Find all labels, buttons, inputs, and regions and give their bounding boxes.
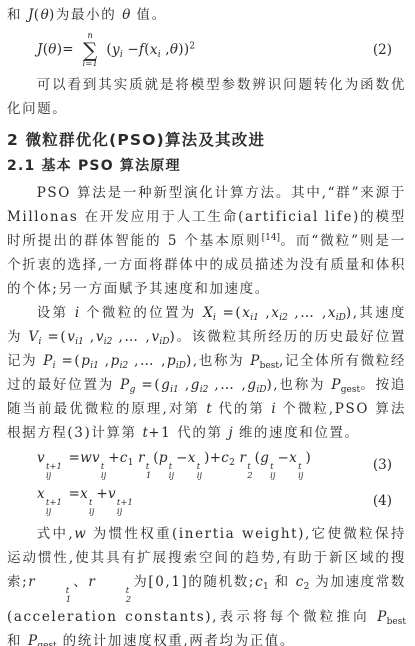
paragraph-particle-definition: 设第 i 个微粒的位置为 Xi =(xi1 ,xi2 ,… ,xiD),其速度为…	[7, 301, 406, 445]
script-stack: tij	[270, 463, 275, 481]
paragraph-transform: 可以看到其实质就是将模型参数辨识问题转化为函数优化问题。	[7, 73, 406, 121]
script-stack: tij	[169, 463, 174, 481]
equation-2-number: (2)	[373, 42, 406, 58]
equation-2-body: J(θ)= n∑i=1 (yi −f(xi ,θ))2	[37, 32, 373, 68]
script-stack: tij	[89, 499, 94, 517]
equation-4: xt+1ij =xtij+vt+1ij (4)	[7, 486, 406, 517]
equation-4-body: xt+1ij =xtij+vt+1ij	[37, 486, 373, 517]
script-stack: t+1ij	[46, 463, 62, 481]
paragraph-intro-tail: 和 J(θ)为最小的 θ 值。	[7, 3, 406, 27]
script-stack: t1	[146, 463, 151, 481]
script-stack: tij	[298, 463, 303, 481]
section-2-heading: 2 微粒群优化(PSO)算法及其改进	[7, 128, 406, 152]
script-stack: tij	[101, 463, 106, 481]
equation-2: J(θ)= n∑i=1 (yi −f(xi ,θ))2 (2)	[7, 32, 406, 68]
paragraph-pso-origin: PSO 算法是一种新型演化计算方法。其中,“群”来源于 Millonas 在开发…	[7, 181, 406, 301]
paper-page: 和 J(θ)为最小的 θ 值。 J(θ)= n∑i=1 (yi −f(xi ,θ…	[0, 0, 415, 646]
equation-4-number: (4)	[373, 493, 406, 509]
script-stack: t2	[247, 463, 252, 481]
summation-symbol: n∑i=1	[83, 32, 98, 68]
paragraph-symbol-explanation: 式中,w 为惯性权重(inertia weight),它使微粒保持运动惯性,使其…	[7, 522, 406, 646]
equation-3-number: (3)	[373, 457, 406, 473]
script-stack: tij	[197, 463, 202, 481]
script-stack: t2	[96, 587, 131, 605]
script-stack: t+1ij	[46, 499, 62, 517]
script-stack: t1	[36, 587, 71, 605]
equation-3: vt+1ij =wvtij+c1 rt1(ptij−xtij)+c2 rt2(g…	[7, 450, 406, 481]
script-stack: t+1ij	[117, 499, 133, 517]
section-2-1-heading: 2.1 基本 PSO 算法原理	[7, 155, 406, 178]
equation-3-body: vt+1ij =wvtij+c1 rt1(ptij−xtij)+c2 rt2(g…	[37, 450, 373, 481]
